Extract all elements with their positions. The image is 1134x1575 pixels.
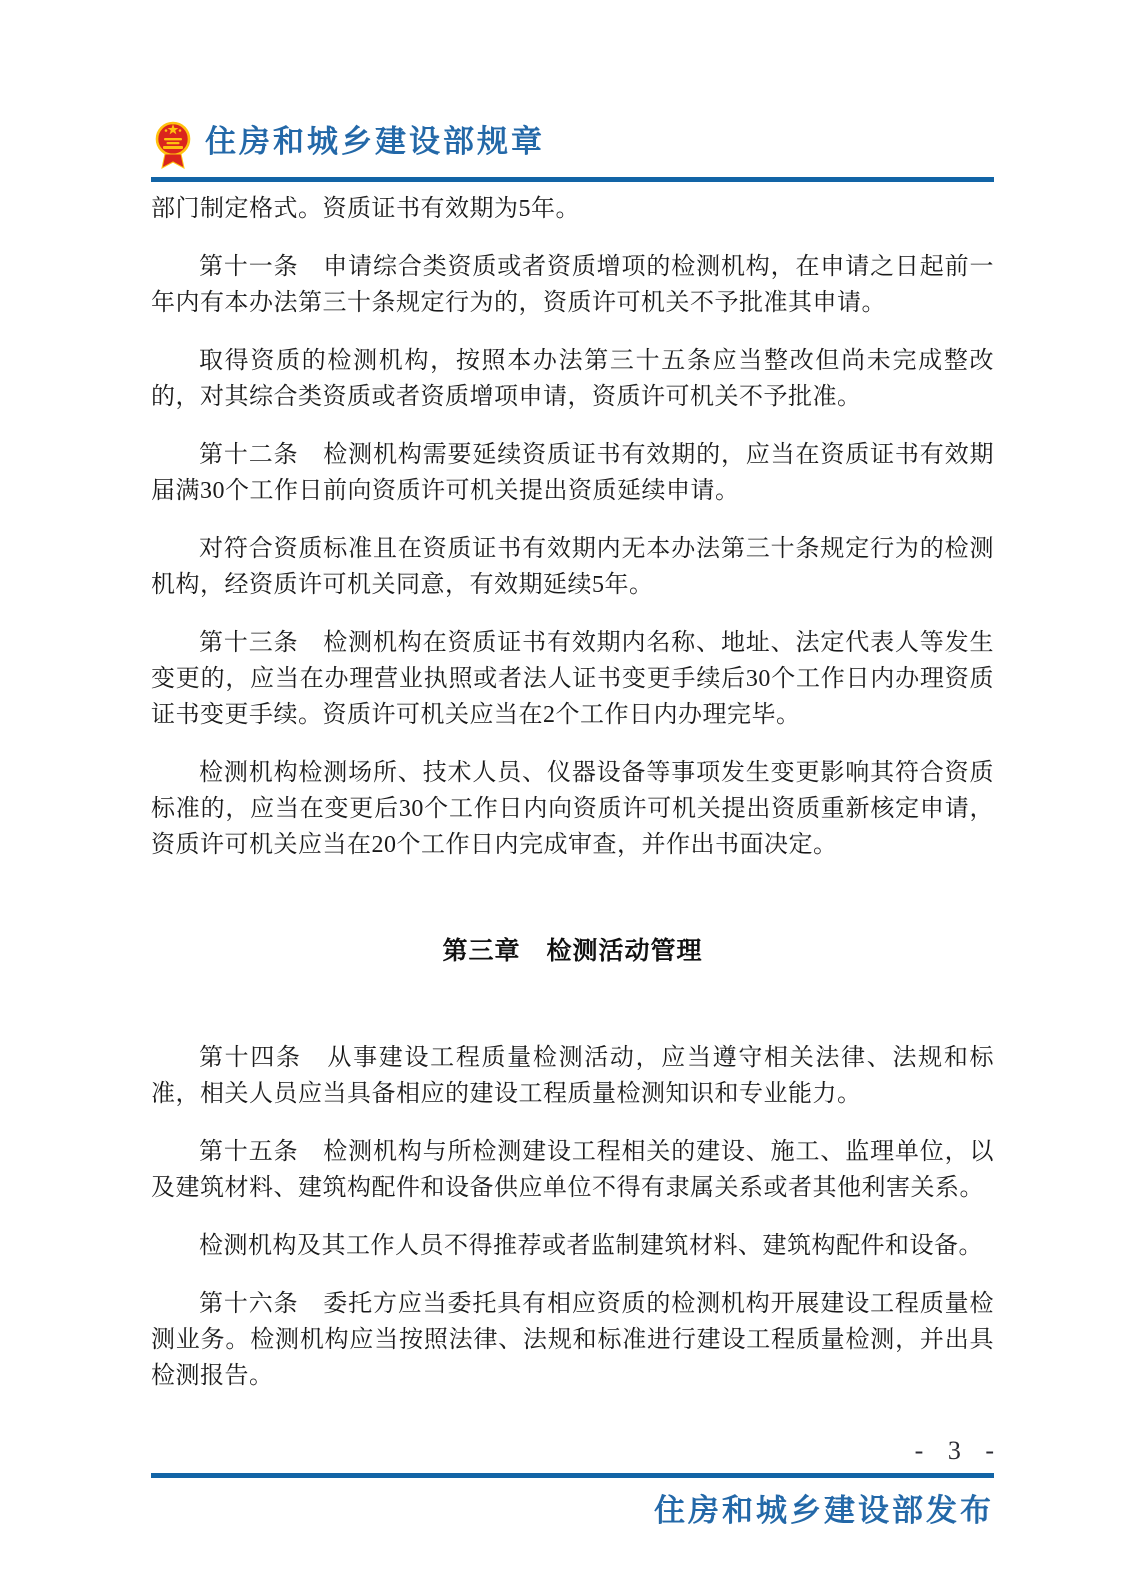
header-divider-line bbox=[151, 177, 994, 182]
paragraph: 检测机构及其工作人员不得推荐或者监制建筑材料、建筑构配件和设备。 bbox=[151, 1228, 994, 1264]
paragraph: 取得资质的检测机构，按照本办法第三十五条应当整改但尚未完成整改的，对其综合类资质… bbox=[151, 343, 994, 415]
paragraph: 对符合资质标准且在资质证书有效期内无本办法第三十条规定行为的检测机构，经资质许可… bbox=[151, 531, 994, 603]
footer-publisher: 住房和城乡建设部发布 bbox=[151, 1492, 994, 1530]
paragraph-article-13: 第十三条 检测机构在资质证书有效期内名称、地址、法定代表人等发生变更的，应当在办… bbox=[151, 625, 994, 733]
footer-divider-line bbox=[151, 1473, 994, 1478]
document-page: 住房和城乡建设部规章 部门制定格式。资质证书有效期为5年。 第十一条 申请综合类… bbox=[0, 0, 1134, 1575]
paragraph: 部门制定格式。资质证书有效期为5年。 bbox=[151, 191, 994, 227]
paragraph: 检测机构检测场所、技术人员、仪器设备等事项发生变更影响其符合资质标准的，应当在变… bbox=[151, 755, 994, 863]
chapter-3-heading: 第三章 检测活动管理 bbox=[151, 933, 994, 969]
paragraph-article-15: 第十五条 检测机构与所检测建设工程相关的建设、施工、监理单位，以及建筑材料、建筑… bbox=[151, 1134, 994, 1206]
paragraph-article-16: 第十六条 委托方应当委托具有相应资质的检测机构开展建设工程质量检测业务。检测机构… bbox=[151, 1286, 994, 1394]
header-title: 住房和城乡建设部规章 bbox=[205, 124, 545, 160]
paragraph-article-12: 第十二条 检测机构需要延续资质证书有效期的，应当在资质证书有效期届满30个工作日… bbox=[151, 437, 994, 509]
page-number: - 3 - bbox=[151, 1436, 994, 1466]
china-national-emblem-icon bbox=[155, 116, 191, 174]
paragraph-article-14: 第十四条 从事建设工程质量检测活动，应当遵守相关法律、法规和标准，相关人员应当具… bbox=[151, 1040, 994, 1112]
paragraph-article-11: 第十一条 申请综合类资质或者资质增项的检测机构，在申请之日起前一年内有本办法第三… bbox=[151, 249, 994, 321]
document-body: 部门制定格式。资质证书有效期为5年。 第十一条 申请综合类资质或者资质增项的检测… bbox=[151, 191, 994, 1416]
